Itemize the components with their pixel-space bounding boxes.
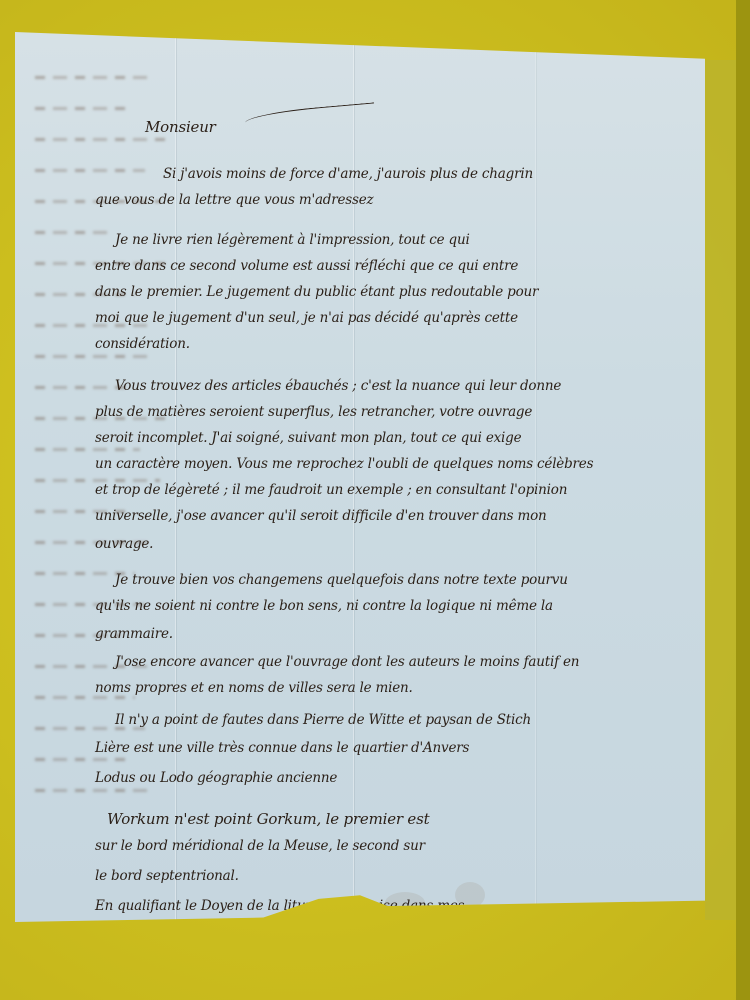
letter-line: un caractère moyen. Vous me reprochez l'…	[95, 456, 593, 472]
handwritten-letter: Monsieur Si j'avois moins de force d'ame…	[15, 32, 705, 922]
letter-line: Je trouve bien vos changemens quelquefoi…	[115, 572, 568, 588]
letter-line: universelle, j'ose avancer qu'il seroit …	[95, 508, 547, 524]
letter-paper: Monsieur Si j'avois moins de force d'ame…	[15, 32, 705, 922]
letter-line: Vous trouvez des articles ébauchés ; c'e…	[115, 378, 561, 394]
letter-line: et trop de légèreté ; il me faudroit un …	[95, 482, 567, 498]
letter-line: grammaire.	[95, 626, 173, 642]
letter-line: le bord septentrional.	[95, 868, 239, 884]
backdrop-edge	[736, 0, 750, 1000]
letter-line: seroit incomplet. J'ai soigné, suivant m…	[95, 430, 521, 446]
backdrop-shadow-band	[705, 60, 736, 920]
letter-line: Je ne livre rien légèrement à l'impressi…	[115, 232, 470, 248]
letter-line: que vous de la lettre que vous m'adresse…	[95, 192, 373, 208]
letter-line: ouvrage.	[95, 536, 153, 552]
letter-line: considération.	[95, 336, 190, 352]
letter-line: noms propres et en noms de villes sera l…	[95, 680, 413, 696]
letter-line: moi que le jugement d'un seul, je n'ai p…	[95, 310, 518, 326]
salutation-flourish	[245, 102, 376, 128]
letter-line: J'ose encore avancer que l'ouvrage dont …	[115, 654, 579, 670]
letter-line: dans le premier. Le jugement du public é…	[95, 284, 538, 300]
letter-line: plus de matières seroient superflus, les…	[95, 404, 532, 420]
letter-line: Workum n'est point Gorkum, le premier es…	[107, 810, 429, 828]
letter-line: qu'ils ne soient ni contre le bon sens, …	[95, 598, 553, 614]
letter-line: Si j'avois moins de force d'ame, j'auroi…	[163, 166, 533, 182]
salutation: Monsieur	[145, 118, 216, 136]
letter-line: Lière est une ville très connue dans le …	[95, 740, 469, 756]
letter-line: sur le bord méridional de la Meuse, le s…	[95, 838, 425, 854]
letter-line: Il n'y a point de fautes dans Pierre de …	[115, 712, 531, 728]
letter-line: entre dans ce second volume est aussi ré…	[95, 258, 518, 274]
letter-line: Lodus ou Lodo géographie ancienne	[95, 770, 337, 786]
